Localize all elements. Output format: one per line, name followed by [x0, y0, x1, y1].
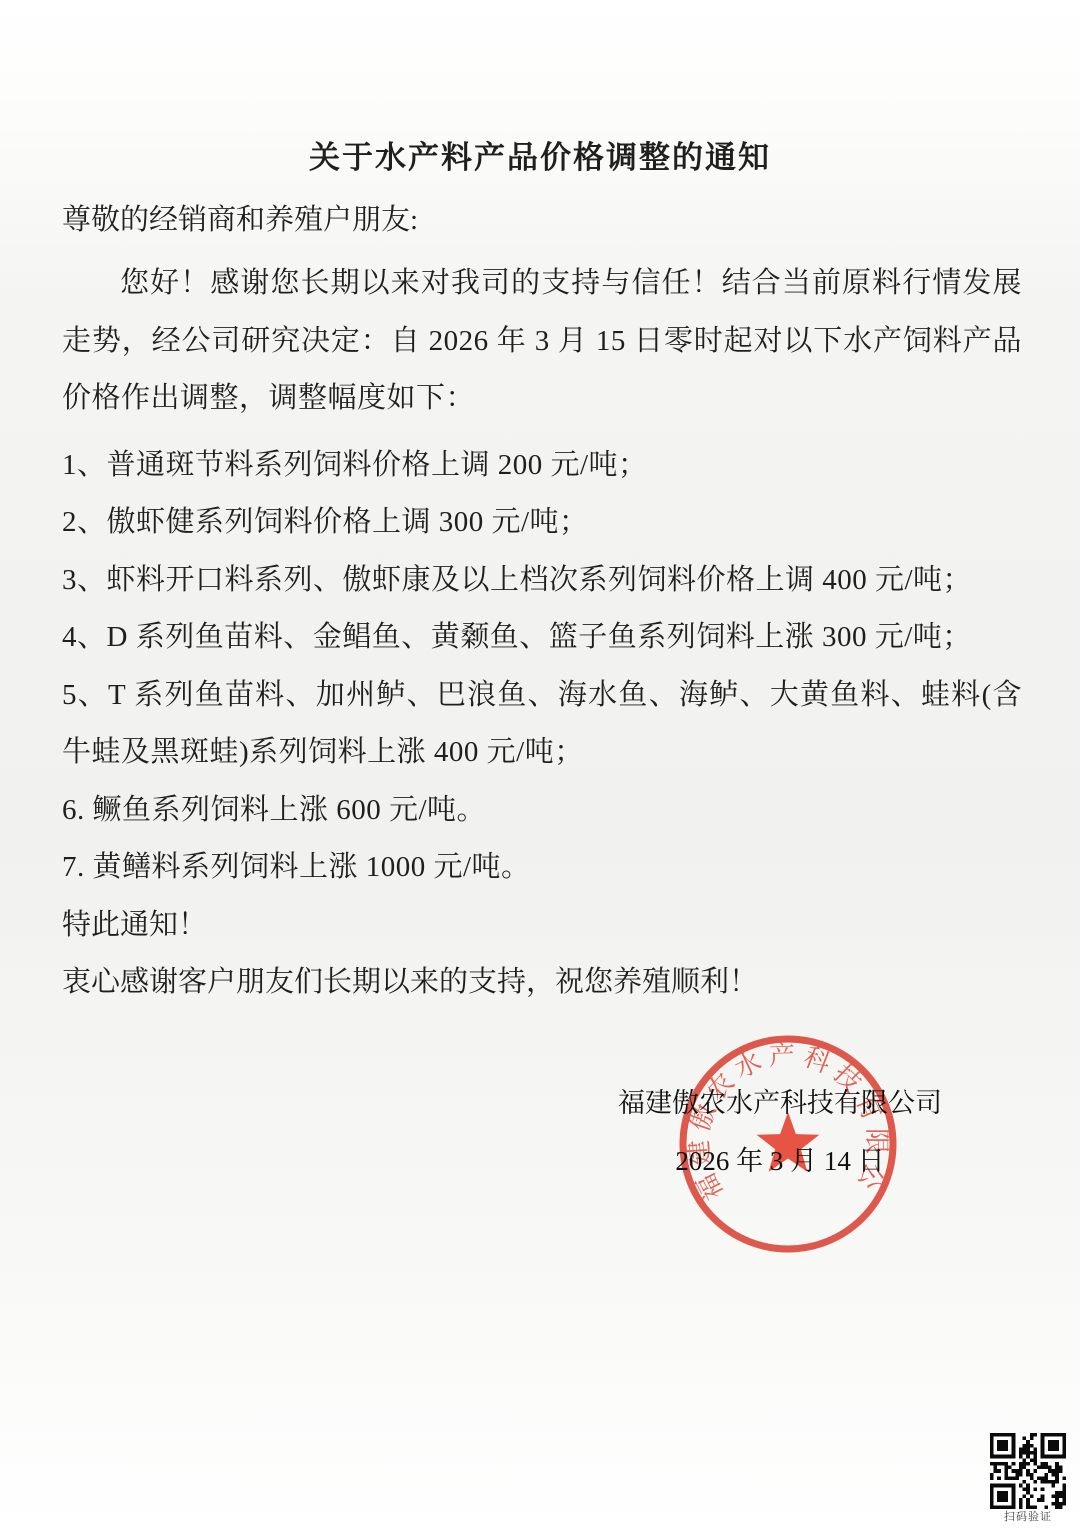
page-title: 关于水产料产品价格调整的通知 [0, 132, 1080, 177]
intro-paragraph: 您好！感谢您长期以来对我司的支持与信任！结合当前原料行情发展走势，经公司研究决定… [62, 255, 1022, 428]
qr-code[interactable]: 扫码验证 [988, 1433, 1068, 1524]
price-item: 7. 黄鳝料系列饲料上涨 1000 元/吨。 [62, 839, 1022, 897]
closing-notice: 特此通知！ [62, 897, 1022, 955]
document-date: 2026 年 3 月 14 日 [592, 1132, 968, 1190]
document-body: 您好！感谢您长期以来对我司的支持与信任！结合当前原料行情发展走势，经公司研究决定… [62, 255, 1022, 1012]
price-adjustment-list: 1、普通斑节料系列饲料价格上调 200 元/吨；2、傲虾健系列饲料价格上调 30… [62, 437, 1022, 897]
company-name: 福建傲农水产科技有限公司 [592, 1074, 968, 1132]
qr-code-image[interactable] [990, 1433, 1066, 1509]
price-item: 2、傲虾健系列饲料价格上调 300 元/吨； [62, 494, 1022, 552]
price-item: 4、D 系列鱼苗料、金鲳鱼、黄颡鱼、篮子鱼系列饲料上涨 300 元/吨； [62, 609, 1022, 667]
qr-caption: 扫码验证 [988, 1511, 1068, 1524]
price-item: 5、T 系列鱼苗料、加州鲈、巴浪鱼、海水鱼、海鲈、大黄鱼料、蛙料(含牛蛙及黑斑蛙… [62, 667, 1022, 782]
closing-thanks: 衷心感谢客户朋友们长期以来的支持，祝您养殖顺利！ [62, 954, 1022, 1012]
document-page: 关于水产料产品价格调整的通知 尊敬的经销商和养殖户朋友: 您好！感谢您长期以来对… [0, 0, 1080, 1528]
price-item: 1、普通斑节料系列饲料价格上调 200 元/吨； [62, 437, 1022, 495]
price-item: 6. 鳜鱼系列饲料上涨 600 元/吨。 [62, 782, 1022, 840]
salutation: 尊敬的经销商和养殖户朋友: [62, 198, 1022, 242]
price-item: 3、虾料开口料系列、傲虾康及以上档次系列饲料价格上调 400 元/吨； [62, 552, 1022, 610]
signature-block: 福建傲农水产科技有限公司 2026 年 3 月 14 日 [592, 1074, 968, 1190]
